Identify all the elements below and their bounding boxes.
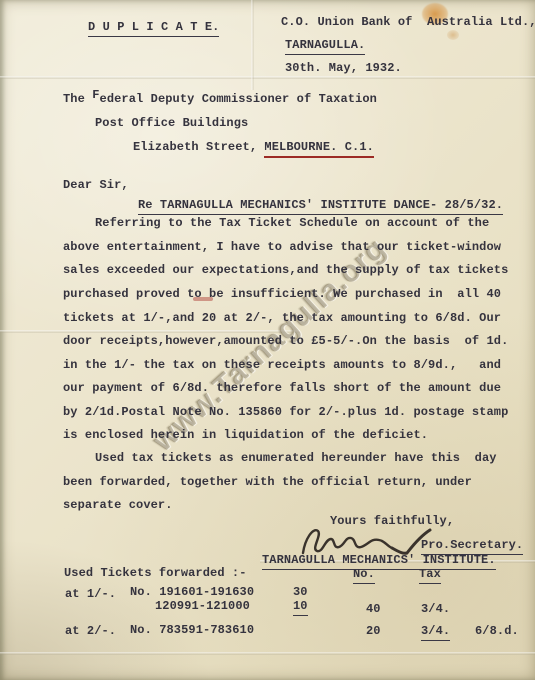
recipient-line-2: Post Office Buildings: [95, 116, 248, 131]
recipient-line-3: Elizabeth Street, MELBOURNE. C.1.: [133, 140, 374, 158]
sender-town-text: TARNAGULLA.: [285, 38, 365, 55]
body-line: Referring to the Tax Ticket Schedule on …: [95, 216, 489, 231]
letter-date: 30th. May, 1932.: [285, 61, 402, 76]
table-row2-tax: 3/4.: [421, 624, 450, 641]
table-row1-count: 30: [293, 585, 308, 600]
body-line: door receipts,however,amounted to £5-5/-…: [63, 334, 508, 349]
subject-line: Re TARNAGULLA MECHANICS' INSTITUTE DANCE…: [138, 198, 503, 215]
paper-stain: [447, 30, 459, 40]
table-row2-total: 20: [366, 624, 381, 639]
table-col-no: No.: [353, 567, 375, 584]
table-col-no-text: No.: [353, 567, 375, 584]
body-line: sales exceeded our expectations,and the …: [63, 263, 508, 278]
body-line: separate cover.: [63, 498, 173, 513]
table-grand-total-tax: 6/8.d.: [475, 624, 519, 639]
recipient-raised-letter: F: [92, 88, 99, 102]
subject-text: Re TARNAGULLA MECHANICS' INSTITUTE DANCE…: [138, 198, 503, 215]
body-line: is enclosed herein in liquidation of the…: [63, 428, 428, 443]
body-line: purchased proved to be insufficient. We …: [63, 287, 501, 302]
table-row1-tax: 3/4.: [421, 602, 450, 617]
table-row1-total: 40: [366, 602, 381, 617]
table-row2-tax-text: 3/4.: [421, 624, 450, 641]
table-row2-range: No. 783591-783610: [130, 623, 254, 638]
duplicate-heading-text: D U P L I C A T E.: [88, 20, 219, 37]
body-line: by 2/1d.Postal Note No. 135860 for 2/-.p…: [63, 405, 508, 420]
body-line: been forwarded, together with the offici…: [63, 475, 472, 490]
recipient-prefix: The: [63, 92, 92, 106]
table-row1b-count-text: 10: [293, 599, 308, 616]
fold-crease: [0, 330, 300, 333]
fold-crease: [251, 0, 254, 90]
table-row1b-range: 120991-121000: [155, 599, 250, 614]
body-line: tickets at 1/-,and 20 at 2/-, the tax am…: [63, 311, 501, 326]
duplicate-heading: D U P L I C A T E.: [88, 20, 219, 37]
sender-address-line: C.O. Union Bank of Australia Ltd.,: [281, 15, 535, 30]
table-row1-range: No. 191601-191630: [130, 585, 254, 600]
table-col-tax: Tax: [419, 567, 441, 584]
table-row2-label: at 2/-.: [65, 624, 116, 639]
table-row1-label: at 1/-.: [65, 587, 116, 602]
table-row1b-count: 10: [293, 599, 308, 616]
organisation-name-text: TARNAGULLA MECHANICS' INSTITUTE.: [262, 553, 496, 570]
body-line: our payment of 6/8d. therefore falls sho…: [63, 381, 501, 396]
table-caption: Used Tickets forwarded :-: [64, 566, 247, 581]
organisation-name: TARNAGULLA MECHANICS' INSTITUTE.: [262, 553, 496, 570]
body-line: in the 1/- the tax on these receipts amo…: [63, 358, 501, 373]
body-line: Used tax tickets as enumerated hereunder…: [95, 451, 497, 466]
recipient-street: Elizabeth Street,: [133, 140, 264, 154]
salutation: Dear Sir,: [63, 178, 129, 193]
fold-crease: [0, 76, 535, 79]
body-line: above entertainment, I have to advise th…: [63, 240, 501, 255]
recipient-line-1: The Federal Deputy Commissioner of Taxat…: [63, 92, 377, 107]
sender-town: TARNAGULLA.: [285, 38, 365, 55]
fold-crease: [0, 652, 535, 655]
table-col-tax-text: Tax: [419, 567, 441, 584]
recipient-rest: ederal Deputy Commissioner of Taxation: [100, 92, 377, 106]
recipient-city: MELBOURNE. C.1.: [264, 140, 374, 158]
letter-page: www.Tarnagulla.org D U P L I C A T E. C.…: [0, 0, 535, 680]
